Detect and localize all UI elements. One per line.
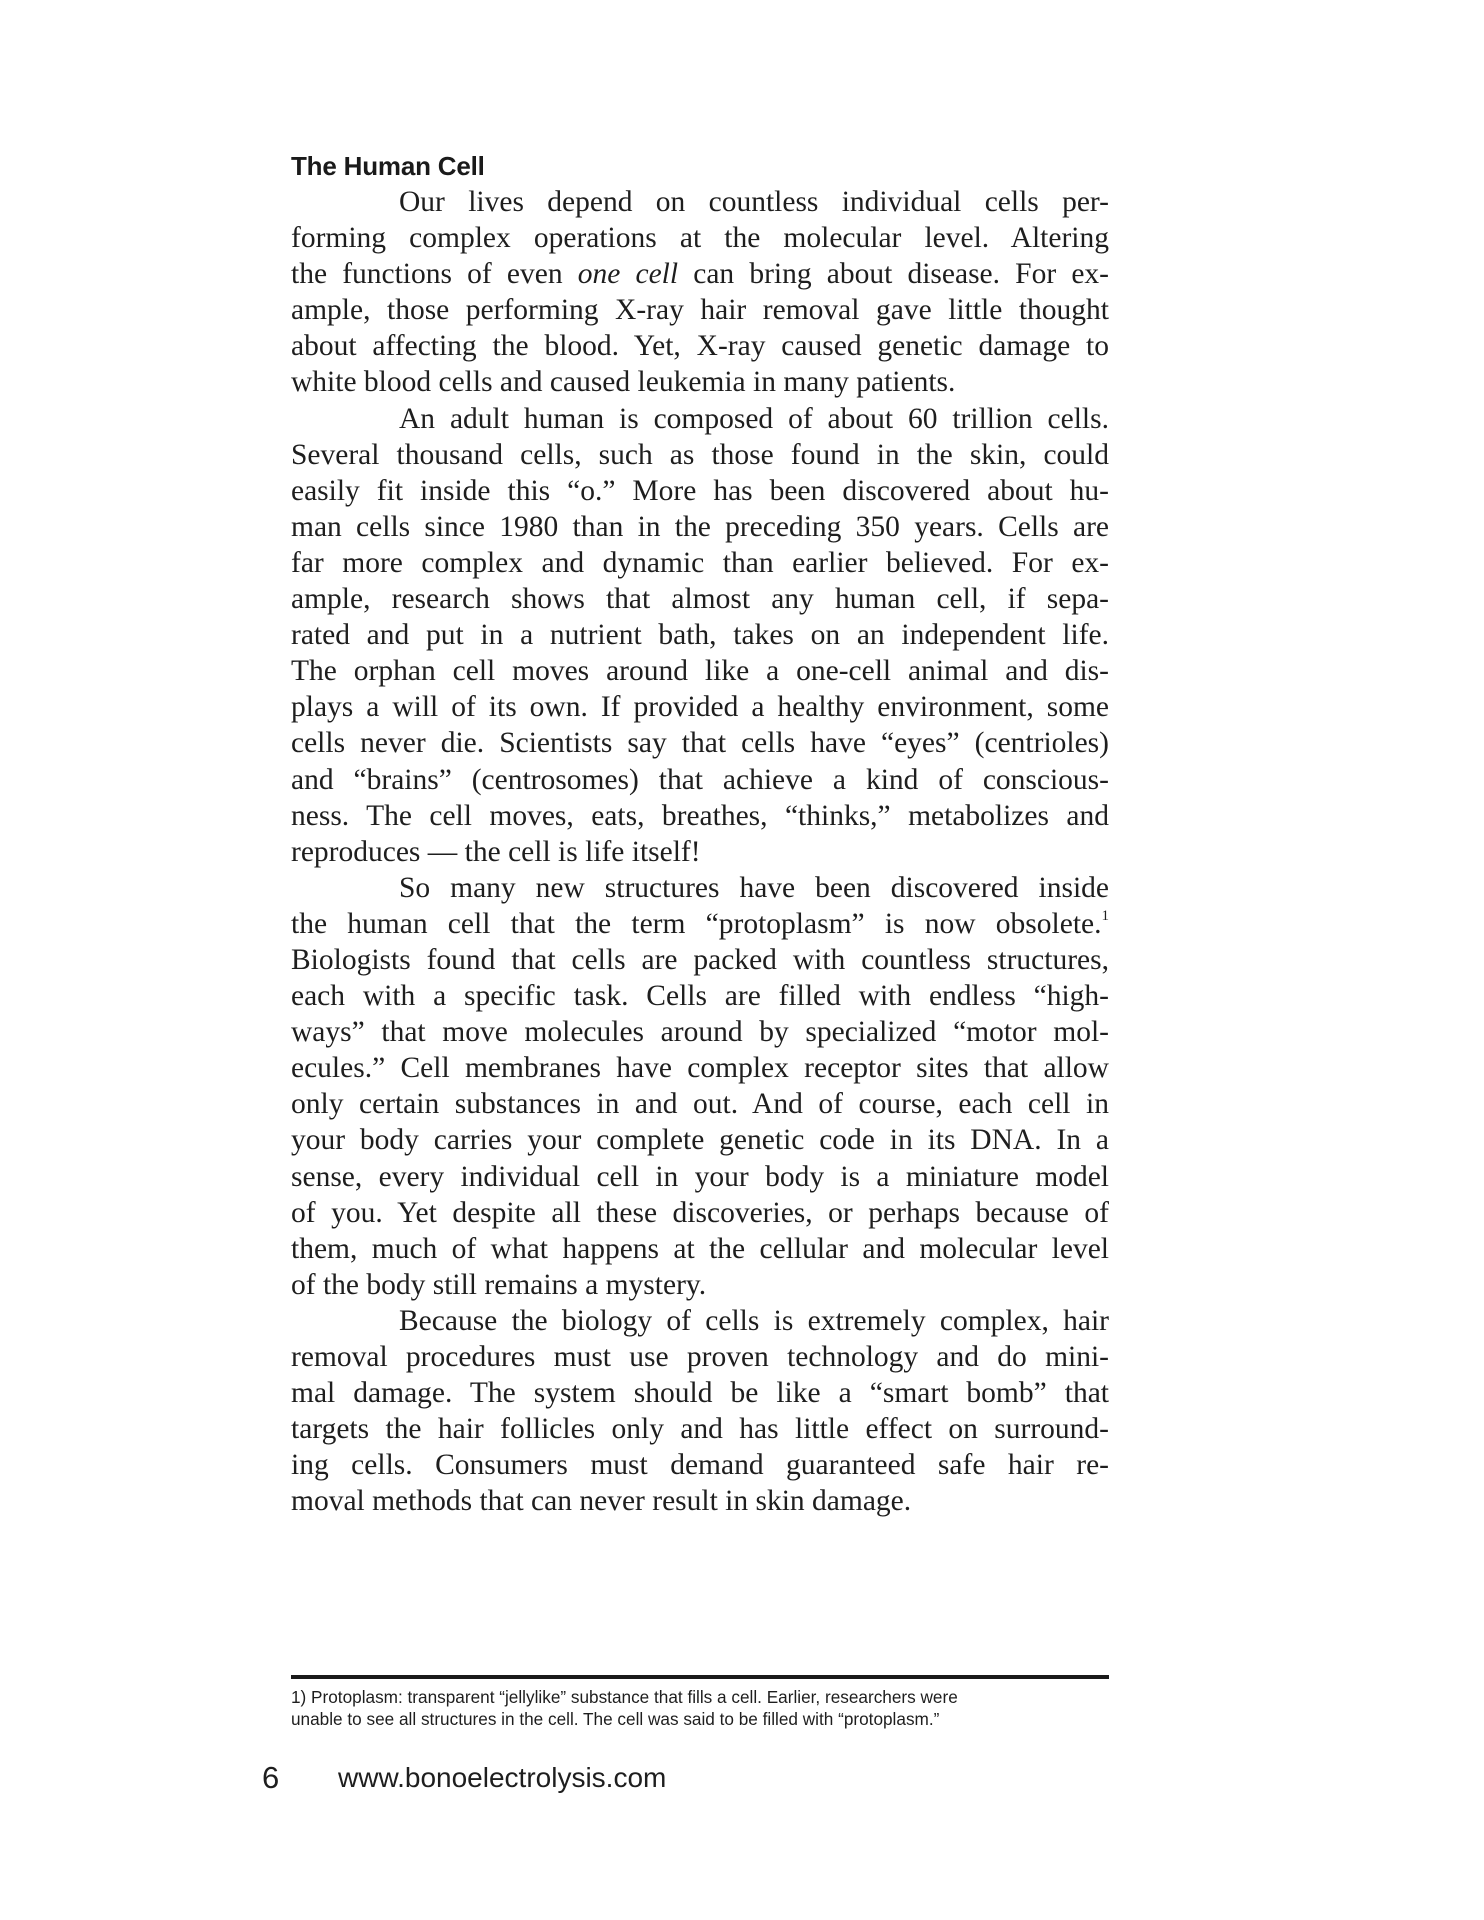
paragraph-2: An adult human is composed of about 60 t… — [291, 401, 1109, 870]
text-line: of the body still remains a mystery. — [291, 1267, 1109, 1303]
paragraph-4: Because the biology of cells is extremel… — [291, 1303, 1109, 1520]
text-line: cells never die. Scientists say that cel… — [291, 725, 1109, 761]
footnote-divider — [291, 1675, 1109, 1679]
text-line: them, much of what happens at the cellul… — [291, 1231, 1109, 1267]
text-line: ways” that move molecules around by spec… — [291, 1014, 1109, 1050]
section-heading: The Human Cell — [291, 150, 1109, 182]
text-line: sense, every individual cell in your bod… — [291, 1159, 1109, 1195]
text-line: rated and put in a nutrient bath, takes … — [291, 617, 1109, 653]
text-line: removal procedures must use proven techn… — [291, 1339, 1109, 1375]
text-line: about affecting the blood. Yet, X-ray ca… — [291, 328, 1109, 364]
text-line: ing cells. Consumers must demand guarant… — [291, 1447, 1109, 1483]
text-column: The Human Cell Our lives depend on count… — [291, 150, 1109, 1519]
text-line: your body carries your complete genetic … — [291, 1122, 1109, 1158]
text-line: The orphan cell moves around like a one-… — [291, 653, 1109, 689]
text-line: targets the hair follicles only and has … — [291, 1411, 1109, 1447]
text-line: far more complex and dynamic than earlie… — [291, 545, 1109, 581]
text-line: ample, research shows that almost any hu… — [291, 581, 1109, 617]
text-line: Several thousand cells, such as those fo… — [291, 437, 1109, 473]
text-line: of you. Yet despite all these discoverie… — [291, 1195, 1109, 1231]
text-line: An adult human is composed of about 60 t… — [291, 401, 1109, 437]
footnote-reference[interactable]: 1 — [1102, 908, 1110, 924]
text-line: moval methods that can never result in s… — [291, 1483, 1109, 1519]
paragraph-3: So many new structures have been discove… — [291, 870, 1109, 1303]
text-line: Our lives depend on countless individual… — [291, 184, 1109, 220]
body-text: Our lives depend on countless individual… — [291, 184, 1109, 1519]
text-line: the functions of even one cell can bring… — [291, 256, 1109, 292]
text-line: So many new structures have been discove… — [291, 870, 1109, 906]
text-run: can bring about disease. For ex- — [678, 258, 1109, 290]
website-url[interactable]: www.bonoelectrolysis.com — [338, 1760, 666, 1796]
page-number: 6 — [262, 1760, 279, 1796]
text-line: only certain substances in and out. And … — [291, 1086, 1109, 1122]
text-line: Because the biology of cells is extremel… — [291, 1303, 1109, 1339]
text-line: Biologists found that cells are packed w… — [291, 942, 1109, 978]
text-line: and “brains” (centrosomes) that achieve … — [291, 762, 1109, 798]
text-run: the human cell that the term “protoplasm… — [291, 908, 1102, 940]
emphasis-one-cell: one cell — [578, 258, 678, 290]
text-line: forming complex operations at the molecu… — [291, 220, 1109, 256]
text-line: easily fit inside this “o.” More has bee… — [291, 473, 1109, 509]
footnote-1: 1) Protoplasm: transparent “jellylike” s… — [291, 1686, 1109, 1730]
text-line: ample, those performing X-ray hair remov… — [291, 292, 1109, 328]
footnote-line: 1) Protoplasm: transparent “jellylike” s… — [291, 1686, 1109, 1708]
document-page: The Human Cell Our lives depend on count… — [0, 0, 1484, 1920]
text-run: the functions of even — [291, 258, 578, 290]
text-line: reproduces — the cell is life itself! — [291, 834, 1109, 870]
text-line: man cells since 1980 than in the precedi… — [291, 509, 1109, 545]
text-line: ness. The cell moves, eats, breathes, “t… — [291, 798, 1109, 834]
paragraph-1: Our lives depend on countless individual… — [291, 184, 1109, 401]
text-line: ecules.” Cell membranes have complex rec… — [291, 1050, 1109, 1086]
text-line: each with a specific task. Cells are fil… — [291, 978, 1109, 1014]
text-line: the human cell that the term “protoplasm… — [291, 906, 1109, 942]
text-line: plays a will of its own. If provided a h… — [291, 689, 1109, 725]
text-line: mal damage. The system should be like a … — [291, 1375, 1109, 1411]
footnote-line: unable to see all structures in the cell… — [291, 1708, 1109, 1730]
text-line: white blood cells and caused leukemia in… — [291, 364, 1109, 400]
